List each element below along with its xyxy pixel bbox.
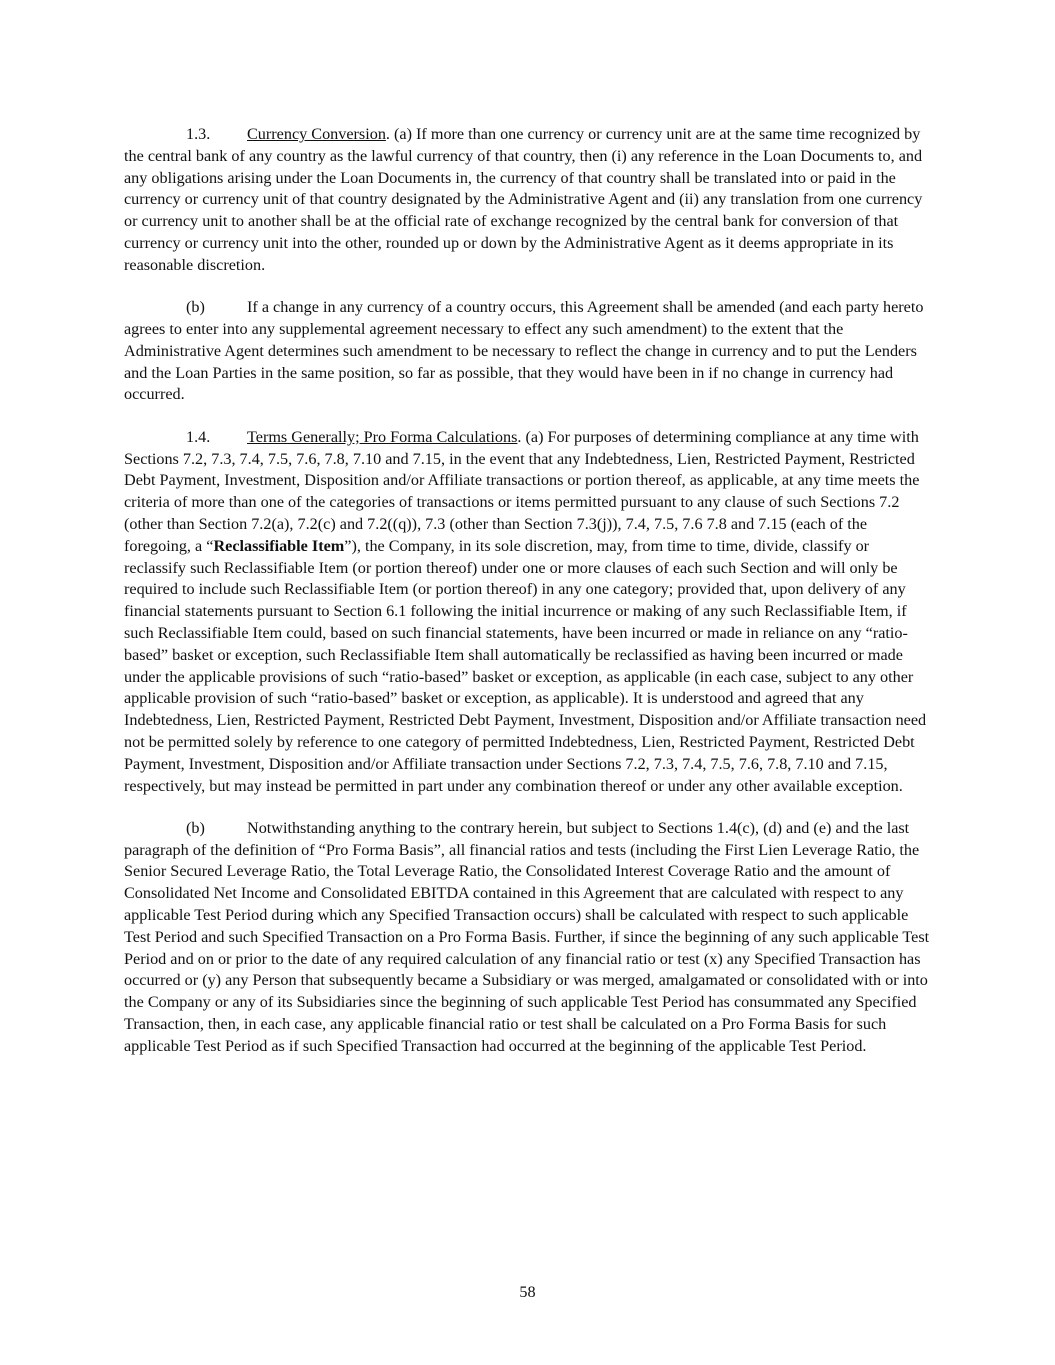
subsection-label: (b) [186, 818, 247, 840]
defined-term: Reclassifiable Item [213, 537, 344, 555]
section-number: 1.3. [186, 124, 247, 146]
paragraph-text: . (a) If more than one currency or curre… [124, 125, 922, 274]
section-number: 1.4. [186, 427, 247, 449]
paragraph-text: ”), the Company, in its sole discretion,… [124, 537, 926, 795]
document-page: 1.3.Currency Conversion. (a) If more tha… [124, 124, 932, 1078]
section-heading: Currency Conversion [247, 125, 386, 143]
subsection-label: (b) [186, 297, 247, 319]
paragraph-text: Notwithstanding anything to the contrary… [124, 819, 929, 1055]
section-heading: Terms Generally; Pro Forma Calculations [247, 428, 517, 446]
section-1-4-paragraph-a: 1.4.Terms Generally; Pro Forma Calculati… [124, 427, 932, 798]
section-1-3-paragraph-b: (b)If a change in any currency of a coun… [124, 297, 932, 406]
section-1-4-paragraph-b: (b)Notwithstanding anything to the contr… [124, 818, 932, 1058]
page-number: 58 [0, 1283, 1055, 1302]
section-1-3-paragraph-a: 1.3.Currency Conversion. (a) If more tha… [124, 124, 932, 277]
